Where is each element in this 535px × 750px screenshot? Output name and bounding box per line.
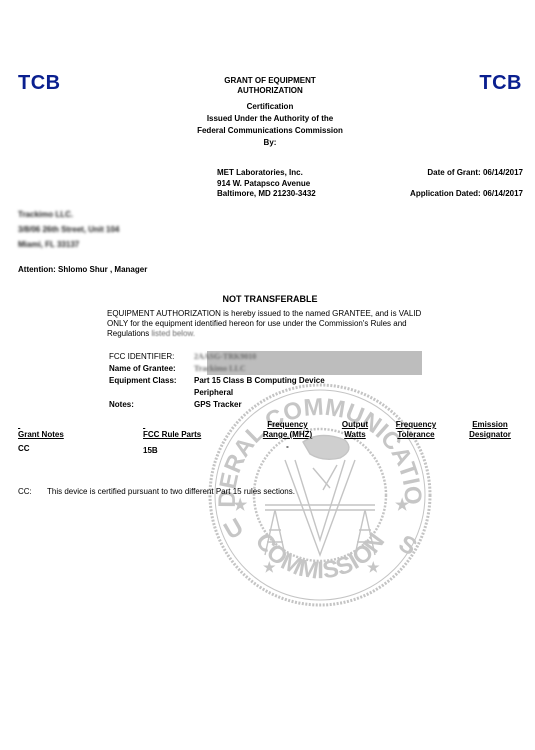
- grantee-name-row: Name of Grantee: Trackimo LLC: [109, 363, 325, 375]
- equipment-class-value: Part 15 Class B Computing Device: [194, 375, 325, 387]
- grantee-address-line-1: Trackimo LLC.: [18, 207, 119, 222]
- date-of-grant: Date of Grant: 06/14/2017: [410, 168, 523, 179]
- title-line-1: GRANT OF EQUIPMENT: [160, 76, 380, 86]
- fcc-identifier-value: 2AASG-TRK9010: [194, 351, 256, 363]
- certification-block: Certification Issued Under the Authority…: [160, 101, 380, 149]
- svg-text:U: U: [220, 513, 249, 545]
- svg-text:COMMISSION: COMMISSION: [250, 528, 391, 584]
- notes-value: GPS Tracker: [194, 399, 242, 411]
- grant-note-code: CC:: [18, 487, 47, 496]
- commission-name: Federal Communications Commission: [160, 125, 380, 137]
- document-title: GRANT OF EQUIPMENT AUTHORIZATION: [160, 76, 380, 96]
- cell-rule-parts: 15B: [143, 446, 158, 455]
- equipment-fields: FCC IDENTIFIER: 2AASG-TRK9010 Name of Gr…: [109, 351, 325, 411]
- svg-text:★: ★: [233, 497, 248, 514]
- header-frequency-tolerance: FrequencyTolerance: [386, 420, 446, 440]
- grantee-address: Trackimo LLC. 3/8/06 26th Street, Unit 1…: [18, 207, 119, 252]
- grant-note-text: This device is certified pursuant to two…: [47, 487, 295, 496]
- header-grant-notes: Grant Notes: [18, 420, 64, 440]
- svg-text:S: S: [394, 530, 421, 561]
- grant-dates: Date of Grant: 06/14/2017 Application Da…: [410, 168, 523, 200]
- title-line-2: AUTHORIZATION: [160, 86, 380, 96]
- attention-line: Attention: Shlomo Shur , Manager: [18, 265, 147, 274]
- grantee-address-line-3: Miami, FL 33137: [18, 237, 119, 252]
- svg-text:★: ★: [263, 559, 276, 575]
- issuer-address: MET Laboratories, Inc. 914 W. Patapsco A…: [217, 168, 316, 200]
- header-output-watts: OutputWatts: [333, 420, 377, 440]
- issued-under-text: Issued Under the Authority of the: [160, 113, 380, 125]
- equipment-class-value-line-2: Peripheral: [194, 387, 233, 399]
- authorization-text: EQUIPMENT AUTHORIZATION is hereby issued…: [107, 309, 437, 339]
- notes-row: Notes: GPS Tracker: [109, 399, 325, 411]
- cell-frequency-range: -: [255, 442, 320, 451]
- issuer-city: Baltimore, MD 21230-3432: [217, 189, 316, 200]
- grantee-address-line-2: 3/8/06 26th Street, Unit 104: [18, 222, 119, 237]
- equipment-class-row: Equipment Class: Part 15 Class B Computi…: [109, 375, 325, 387]
- grant-note: CC: This device is certified pursuant to…: [18, 487, 295, 496]
- svg-text:★: ★: [367, 559, 380, 575]
- certification-label: Certification: [160, 101, 380, 113]
- issuer-street: 914 W. Patapsco Avenue: [217, 179, 316, 190]
- application-dated: Application Dated: 06/14/2017: [410, 189, 523, 200]
- tcb-logo-left: TCB: [18, 72, 61, 95]
- header-emission-designator: EmissionDesignator: [460, 420, 520, 440]
- header-fcc-rule-parts: FCC Rule Parts: [143, 420, 201, 440]
- fcc-identifier-row: FCC IDENTIFIER: 2AASG-TRK9010: [109, 351, 325, 363]
- tcb-logo-right: TCB: [479, 72, 522, 95]
- header-frequency-range: FrequencyRange (MHZ): [255, 420, 320, 440]
- by-label: By:: [160, 137, 380, 149]
- svg-text:★: ★: [395, 497, 410, 514]
- grantee-name-value: Trackimo LLC: [194, 363, 246, 375]
- not-transferable-heading: NOT TRANSFERABLE: [100, 294, 440, 304]
- cell-grant-notes: CC: [18, 444, 30, 453]
- issuer-name: MET Laboratories, Inc.: [217, 168, 316, 179]
